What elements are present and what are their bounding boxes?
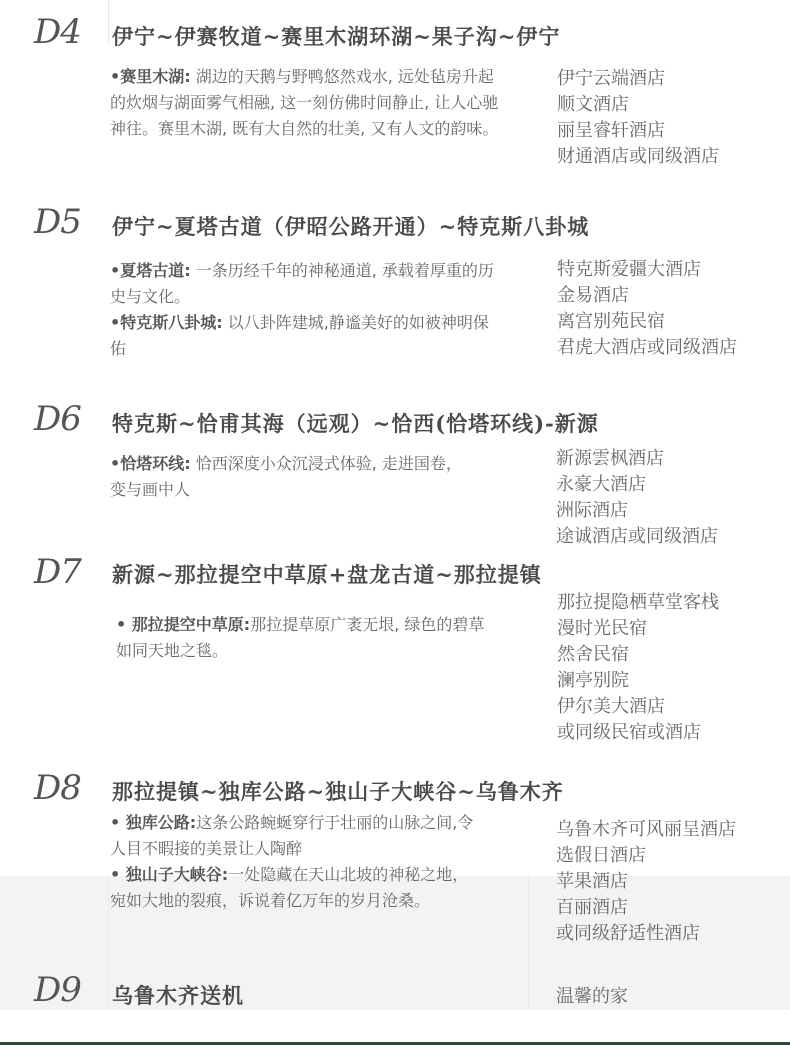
- hotel-item: 然舍民宿: [557, 642, 719, 668]
- highlight-name: • 那拉提空中草原:: [116, 615, 250, 634]
- highlight-item: •恰塔环线: 恰西深度小众沉浸式体验, 走进国卷，变与画中人: [110, 451, 470, 503]
- hotel-list: 伊宁云端酒店 顺文酒店 丽呈睿轩酒店 财通酒店或同级酒店: [557, 66, 719, 170]
- column-divider: [108, 876, 109, 1010]
- day-title: 特克斯~恰甫其海（远观）~恰西(恰塔环线)-新源: [112, 408, 599, 438]
- highlight-item: • 独山子大峡谷:一处隐藏在天山北坡的神秘之地，宛如大地的裂痕，诉说着亿万年的岁…: [110, 862, 475, 914]
- highlight-item: •特克斯八卦城: 以八卦阵建城,静谧美好的如被神明保佑: [110, 310, 500, 362]
- highlight-name: • 独库公路:: [110, 813, 196, 832]
- highlight-item: • 那拉提空中草原:那拉提草原广袤无垠, 绿色的碧草如同天地之毯。: [116, 612, 491, 664]
- hotel-item: 或同级民宿或酒店: [557, 720, 719, 746]
- day-description: • 那拉提空中草原:那拉提草原广袤无垠, 绿色的碧草如同天地之毯。: [116, 612, 491, 664]
- hotel-item: 或同级舒适性酒店: [556, 921, 736, 947]
- hotel-list: 新源雲枫酒店 永豪大酒店 洲际酒店 途诚酒店或同级酒店: [556, 446, 718, 550]
- highlight-name: •恰塔环线:: [110, 454, 191, 473]
- hotel-item: 伊尔美大酒店: [557, 694, 719, 720]
- hotel-item: 特克斯爱疆大酒店: [557, 257, 737, 283]
- highlight-item: •夏塔古道: 一条历经千年的神秘通道, 承载着厚重的历史与文化。: [110, 258, 500, 310]
- hotel-item: 那拉提隐栖草堂客栈: [557, 590, 719, 616]
- hotel-list: 乌鲁木齐可风丽呈酒店 选假日酒店 苹果酒店 百丽酒店 或同级舒适性酒店: [556, 817, 736, 947]
- day-number: D4: [34, 12, 81, 52]
- day-title: 乌鲁木齐送机: [112, 980, 244, 1010]
- hotel-item: 温馨的家: [556, 984, 628, 1010]
- day-number: D7: [34, 552, 81, 592]
- hotel-item: 百丽酒店: [556, 895, 736, 921]
- day-description: •恰塔环线: 恰西深度小众沉浸式体验, 走进国卷，变与画中人: [110, 451, 470, 503]
- day-number: D6: [34, 399, 81, 439]
- hotel-item: 财通酒店或同级酒店: [557, 144, 719, 170]
- highlight-name: •夏塔古道:: [110, 261, 191, 280]
- day-number: D9: [34, 970, 81, 1010]
- hotel-item: 途诚酒店或同级酒店: [556, 524, 718, 550]
- hotel-list: 特克斯爱疆大酒店 金易酒店 离宫别苑民宿 君虎大酒店或同级酒店: [557, 257, 737, 361]
- day-description: •赛里木湖: 湖边的天鹅与野鸭悠然戏水, 远处毡房升起的炊烟与湖面雾气相融, 这…: [110, 64, 505, 142]
- highlight-name: •特克斯八卦城:: [110, 313, 223, 332]
- hotel-list: 温馨的家: [556, 984, 628, 1010]
- column-divider: [528, 876, 529, 1010]
- day-title: 伊宁~伊赛牧道~赛里木湖环湖~果子沟~伊宁: [112, 21, 560, 51]
- hotel-item: 顺文酒店: [557, 92, 719, 118]
- highlight-item: •赛里木湖: 湖边的天鹅与野鸭悠然戏水, 远处毡房升起的炊烟与湖面雾气相融, 这…: [110, 64, 505, 142]
- hotel-item: 永豪大酒店: [556, 472, 718, 498]
- highlight-name: • 独山子大峡谷:: [110, 865, 228, 884]
- day-description: •夏塔古道: 一条历经千年的神秘通道, 承载着厚重的历史与文化。 •特克斯八卦城…: [110, 258, 500, 362]
- hotel-item: 伊宁云端酒店: [557, 66, 719, 92]
- day-title: 那拉提镇~独库公路~独山子大峡谷~乌鲁木齐: [112, 776, 564, 806]
- day-number: D8: [34, 768, 81, 808]
- highlight-name: •赛里木湖:: [110, 67, 191, 86]
- day-description: • 独库公路:这条公路蜿蜒穿行于壮丽的山脉之间,令人目不暇接的美景让人陶醉 • …: [110, 810, 475, 914]
- column-divider: [108, 0, 109, 45]
- hotel-item: 丽呈睿轩酒店: [557, 118, 719, 144]
- hotel-item: 苹果酒店: [556, 869, 736, 895]
- hotel-item: 选假日酒店: [556, 843, 736, 869]
- day-number: D5: [34, 202, 81, 242]
- hotel-item: 离宫别苑民宿: [557, 309, 737, 335]
- hotel-item: 澜亭别院: [557, 668, 719, 694]
- hotel-item: 乌鲁木齐可风丽呈酒店: [556, 817, 736, 843]
- hotel-item: 漫时光民宿: [557, 616, 719, 642]
- day-title: 新源~那拉提空中草原+盘龙古道~那拉提镇: [112, 559, 542, 589]
- hotel-item: 新源雲枫酒店: [556, 446, 718, 472]
- hotel-item: 洲际酒店: [556, 498, 718, 524]
- highlight-item: • 独库公路:这条公路蜿蜒穿行于壮丽的山脉之间,令人目不暇接的美景让人陶醉: [110, 810, 475, 862]
- day-title: 伊宁~夏塔古道（伊昭公路开通）~特克斯八卦城: [112, 211, 589, 241]
- hotel-item: 金易酒店: [557, 283, 737, 309]
- hotel-list: 那拉提隐栖草堂客栈 漫时光民宿 然舍民宿 澜亭别院 伊尔美大酒店 或同级民宿或酒…: [557, 590, 719, 746]
- hotel-item: 君虎大酒店或同级酒店: [557, 335, 737, 361]
